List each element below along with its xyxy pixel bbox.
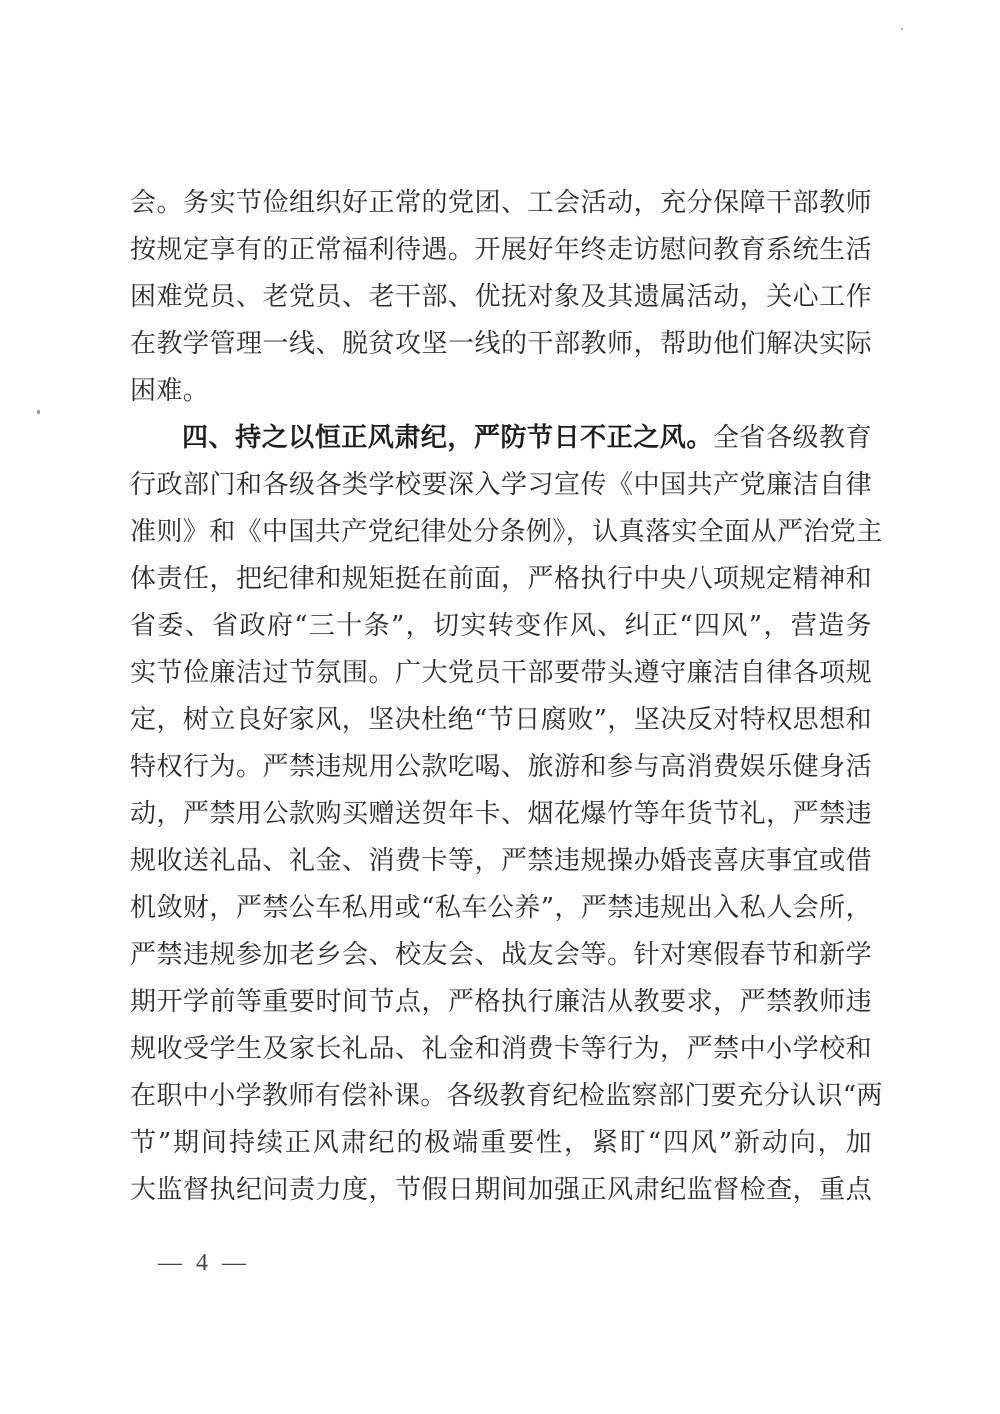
body-text: 会。务实节俭组织好正常的党团、工会活动，充分保障干部教师 按规定享有的正常福利待… [130, 180, 872, 1214]
text-line: 困难。 [130, 368, 872, 415]
page-number: — 4 — [158, 1250, 250, 1277]
text-line: 动，严禁用公款购买赠送贺年卡、烟花爆竹等年货节礼，严禁违 [130, 791, 872, 838]
section-4-heading: 四、持之以恒正风肃纪，严防节日不正之风。 [182, 423, 713, 453]
text-line: 困难党员、老党员、老干部、优抚对象及其遗属活动，关心工作 [130, 274, 872, 321]
text-line: 体责任，把纪律和规矩挺在前面，严格执行中央八项规定精神和 [130, 556, 872, 603]
text-line: 机敛财，严禁公车私用或“私车公养”，严禁违规出入私人会所， [130, 885, 872, 932]
text-line: 会。务实节俭组织好正常的党团、工会活动，充分保障干部教师 [130, 180, 872, 227]
text-line: 在教学管理一线、脱贫攻坚一线的干部教师，帮助他们解决实际 [130, 321, 872, 368]
text-line: 在职中小学教师有偿补课。各级教育纪检监察部门要充分认识“两 [130, 1073, 872, 1120]
text-line: 特权行为。严禁违规用公款吃喝、旅游和参与高消费娱乐健身活 [130, 744, 872, 791]
text-fragment: 全省各级教育 [713, 423, 872, 453]
text-line: 规收送礼品、礼金、消费卡等，严禁违规操办婚丧喜庆事宜或借 [130, 838, 872, 885]
section-4-first-line: 四、持之以恒正风肃纪，严防节日不正之风。全省各级教育 [130, 415, 872, 462]
text-line: 定，树立良好家风，坚决杜绝“节日腐败”，坚决反对特权思想和 [130, 697, 872, 744]
text-line: 严禁违规参加老乡会、校友会、战友会等。针对寒假春节和新学 [130, 932, 872, 979]
text-line: 大监督执纪问责力度，节假日期间加强正风肃纪监督检查，重点 [130, 1167, 872, 1214]
text-line: 期开学前等重要时间节点，严格执行廉洁从教要求，严禁教师违 [130, 979, 872, 1026]
text-line: 行政部门和各级各类学校要深入学习宣传《中国共产党廉洁自律 [130, 462, 872, 509]
document-page: 会。务实节俭组织好正常的党团、工会活动，充分保障干部教师 按规定享有的正常福利待… [0, 0, 1000, 1414]
scan-speck [37, 410, 40, 414]
text-line: 省委、省政府“三十条”，切实转变作风、纠正“四风”，营造务 [130, 603, 872, 650]
text-line: 节”期间持续正风肃纪的极端重要性，紧盯“四风”新动向，加 [130, 1120, 872, 1167]
text-line: 按规定享有的正常福利待遇。开展好年终走访慰问教育系统生活 [130, 227, 872, 274]
text-line: 准则》和《中国共产党纪律处分条例》，认真落实全面从严治党主 [130, 509, 872, 556]
scan-speck [901, 28, 903, 30]
text-line: 规收受学生及家长礼品、礼金和消费卡等行为，严禁中小学校和 [130, 1026, 872, 1073]
text-line: 实节俭廉洁过节氛围。广大党员干部要带头遵守廉洁自律各项规 [130, 650, 872, 697]
